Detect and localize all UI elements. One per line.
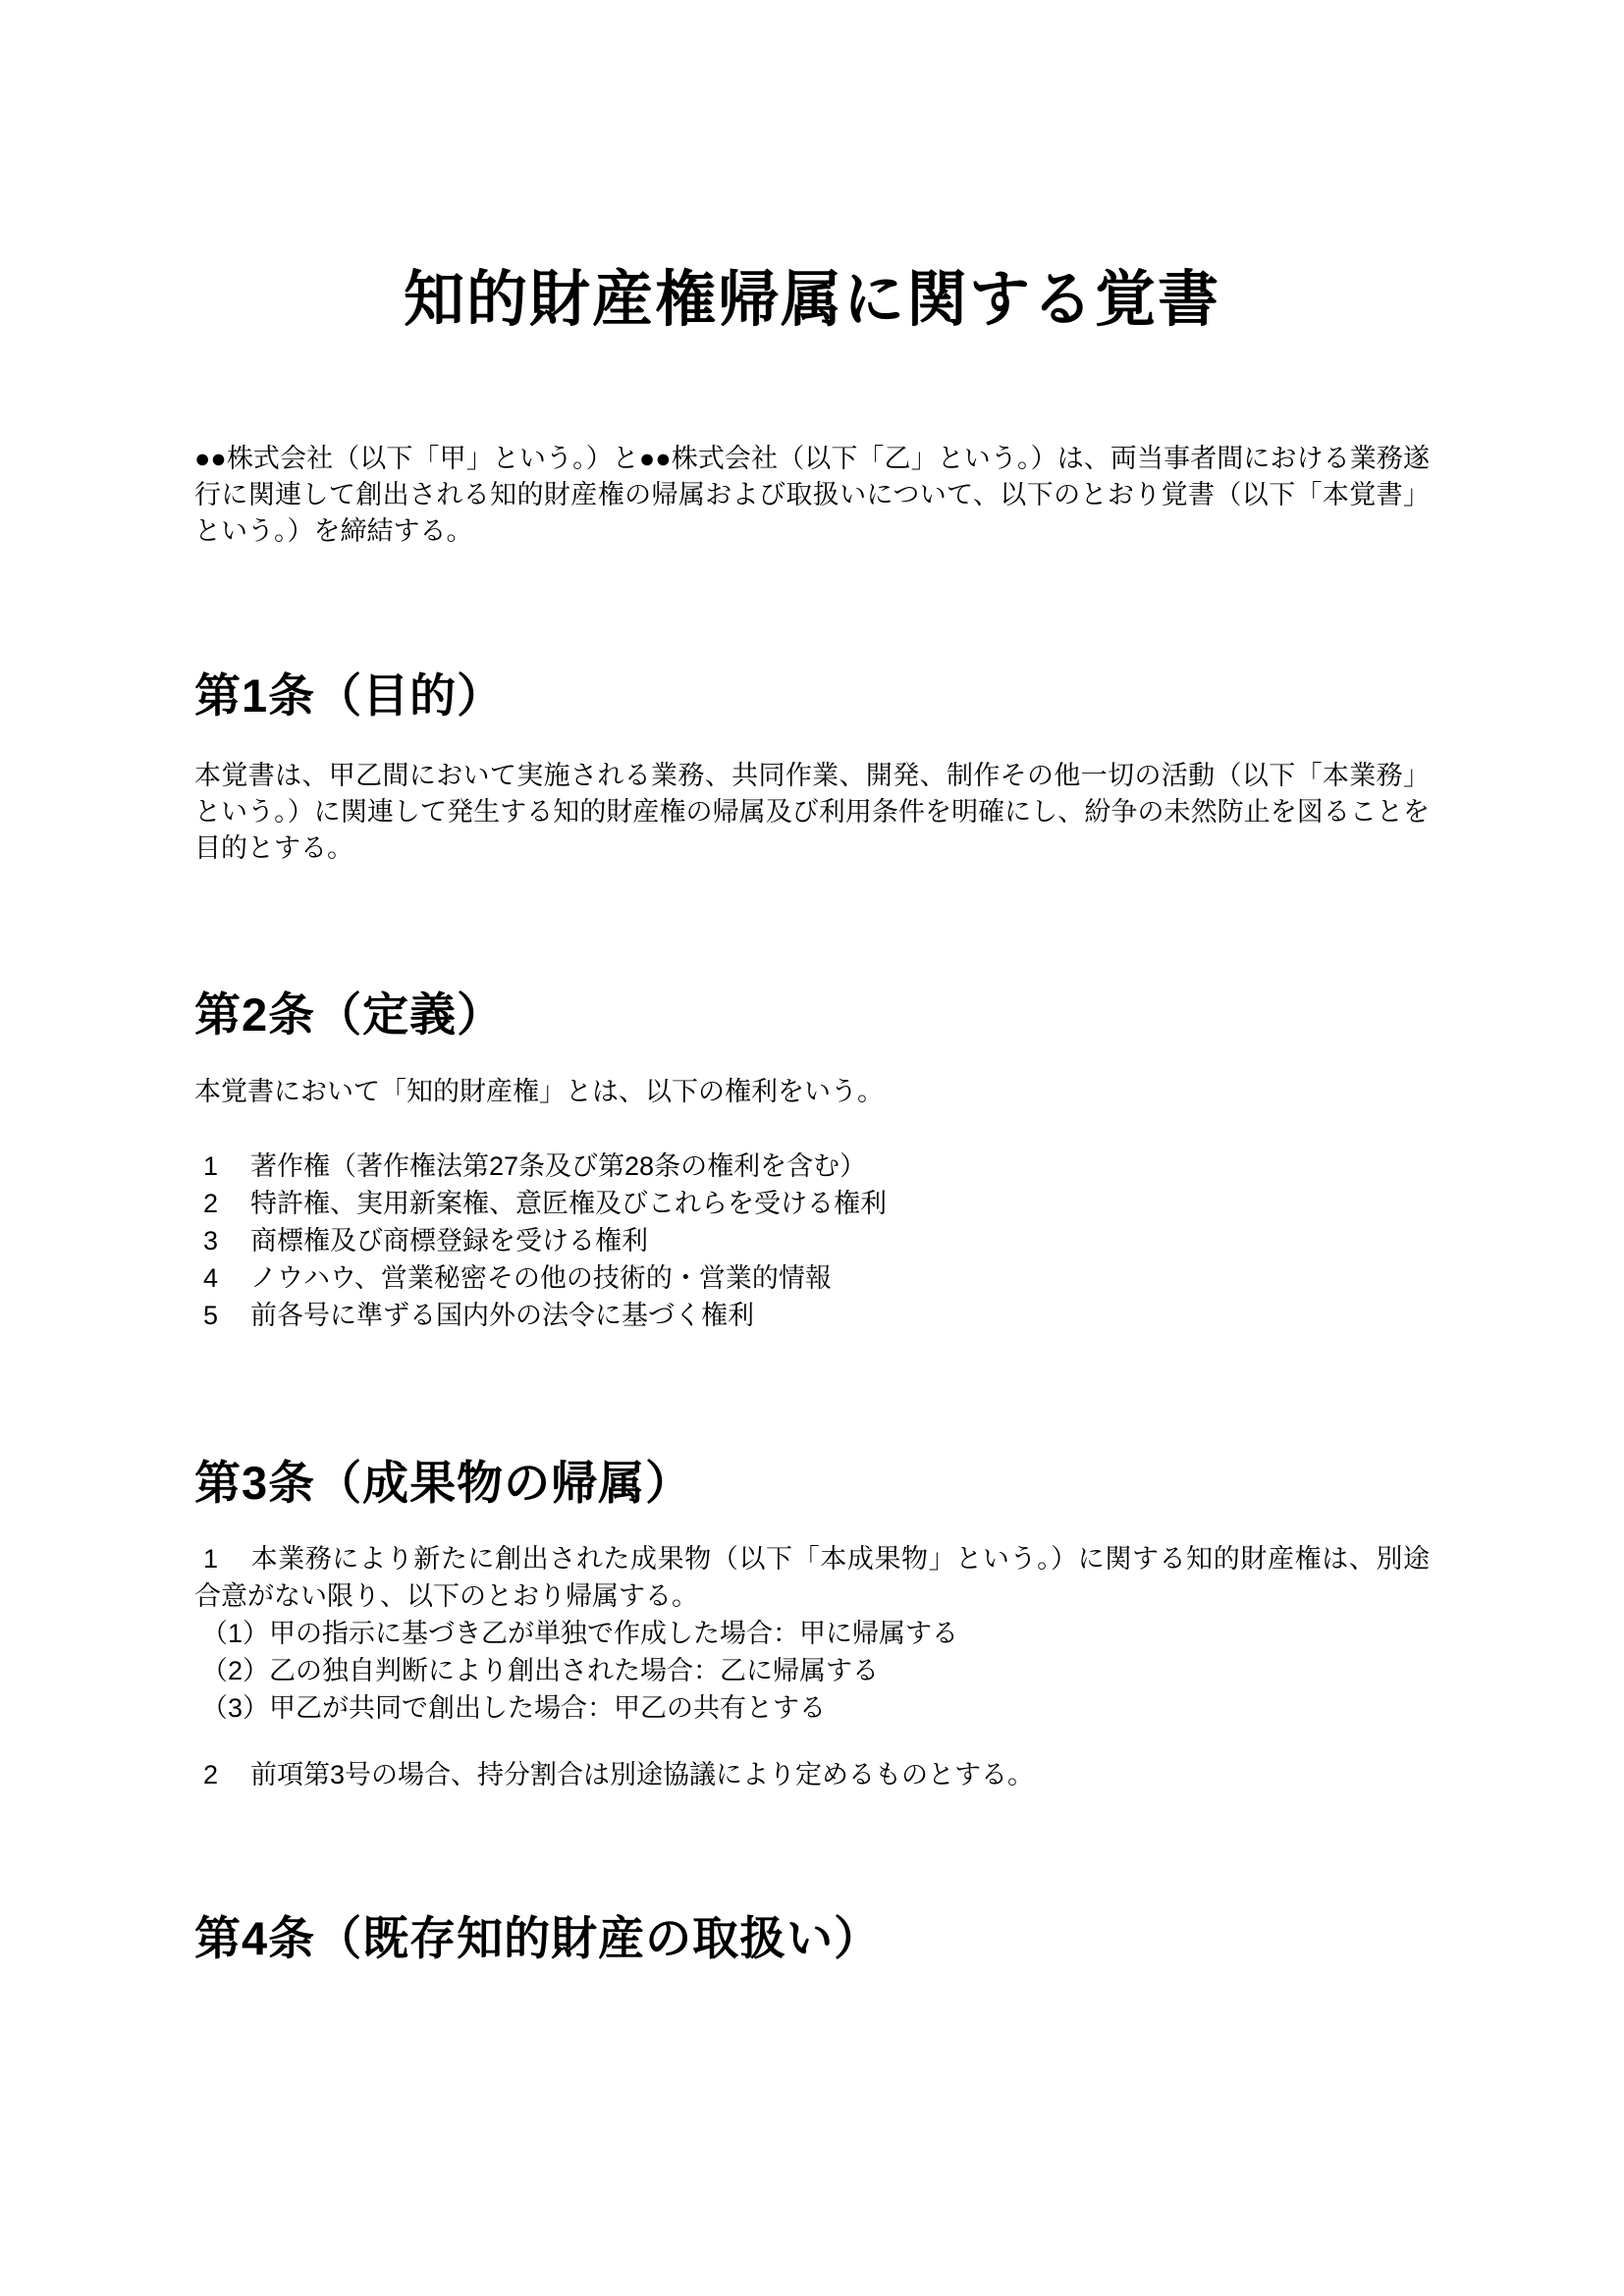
list-item: 5前各号に準ずる国内外の法令に基づく権利 <box>194 1297 1430 1334</box>
list-item: 3商標権及び商標登録を受ける権利 <box>194 1222 1430 1259</box>
item-text: 著作権（著作権法第27条及び第28条の権利を含む） <box>250 1151 866 1181</box>
article-2-body: 本覚書において「知的財産権」とは、以下の権利をいう。 <box>194 1074 1430 1110</box>
article-3-paragraph-1: 1本業務により新たに創出された成果物（以下「本成果物」という。）に関する知的財産… <box>194 1540 1430 1615</box>
item-number: 4 <box>194 1259 250 1297</box>
article-1-body: 本覚書は、甲乙間において実施される業務、共同作業、開発、制作その他一切の活動（以… <box>194 758 1430 867</box>
article-2-heading: 第2条（定義） <box>194 986 1430 1044</box>
paragraph-text: 本業務により新たに創出された成果物（以下「本成果物」という。）に関する知的財産権… <box>194 1544 1430 1611</box>
article-3-subitem-3: （3）甲乙が共同で創出した場合：甲乙の共有とする <box>194 1689 1430 1727</box>
item-text: 商標権及び商標登録を受ける権利 <box>250 1226 648 1255</box>
list-item: 2特許権、実用新案権、意匠権及びこれらを受ける権利 <box>194 1185 1430 1222</box>
paragraph-number: 2 <box>194 1756 250 1793</box>
document-page: 知的財産権帰属に関する覚書 ●●株式会社（以下「甲」という。）と●●株式会社（以… <box>0 0 1624 2296</box>
ip-rights-list: 1著作権（著作権法第27条及び第28条の権利を含む） 2特許権、実用新案権、意匠… <box>194 1148 1430 1334</box>
item-number: 1 <box>194 1148 250 1185</box>
item-text: 特許権、実用新案権、意匠権及びこれらを受ける権利 <box>250 1189 887 1218</box>
item-number: 5 <box>194 1297 250 1334</box>
list-item: 1著作権（著作権法第27条及び第28条の権利を含む） <box>194 1148 1430 1185</box>
document-title: 知的財産権帰属に関する覚書 <box>194 261 1430 340</box>
article-3-paragraph-2: 2前項第3号の場合、持分割合は別途協議により定めるものとする。 <box>194 1756 1430 1793</box>
document-content: 知的財産権帰属に関する覚書 ●●株式会社（以下「甲」という。）と●●株式会社（以… <box>0 261 1624 1968</box>
list-item: 4ノウハウ、営業秘密その他の技術的・営業的情報 <box>194 1259 1430 1297</box>
item-text: ノウハウ、営業秘密その他の技術的・営業的情報 <box>250 1263 832 1293</box>
article-3-subitem-2: （2）乙の独自判断により創出された場合：乙に帰属する <box>194 1652 1430 1689</box>
article-3-heading: 第3条（成果物の帰属） <box>194 1454 1430 1513</box>
item-number: 2 <box>194 1185 250 1222</box>
paragraph-text: 前項第3号の場合、持分割合は別途協議により定めるものとする。 <box>250 1760 1034 1789</box>
article-4-heading: 第4条（既存知的財産の取扱い） <box>194 1909 1430 1968</box>
item-number: 3 <box>194 1222 250 1259</box>
item-text: 前各号に準ずる国内外の法令に基づく権利 <box>250 1301 754 1330</box>
article-3-subitem-1: （1）甲の指示に基づき乙が単独で作成した場合：甲に帰属する <box>194 1615 1430 1652</box>
preamble-paragraph: ●●株式会社（以下「甲」という。）と●●株式会社（以下「乙」という。）は、両当事… <box>194 441 1430 550</box>
paragraph-number: 1 <box>194 1540 250 1577</box>
article-1-heading: 第1条（目的） <box>194 667 1430 725</box>
